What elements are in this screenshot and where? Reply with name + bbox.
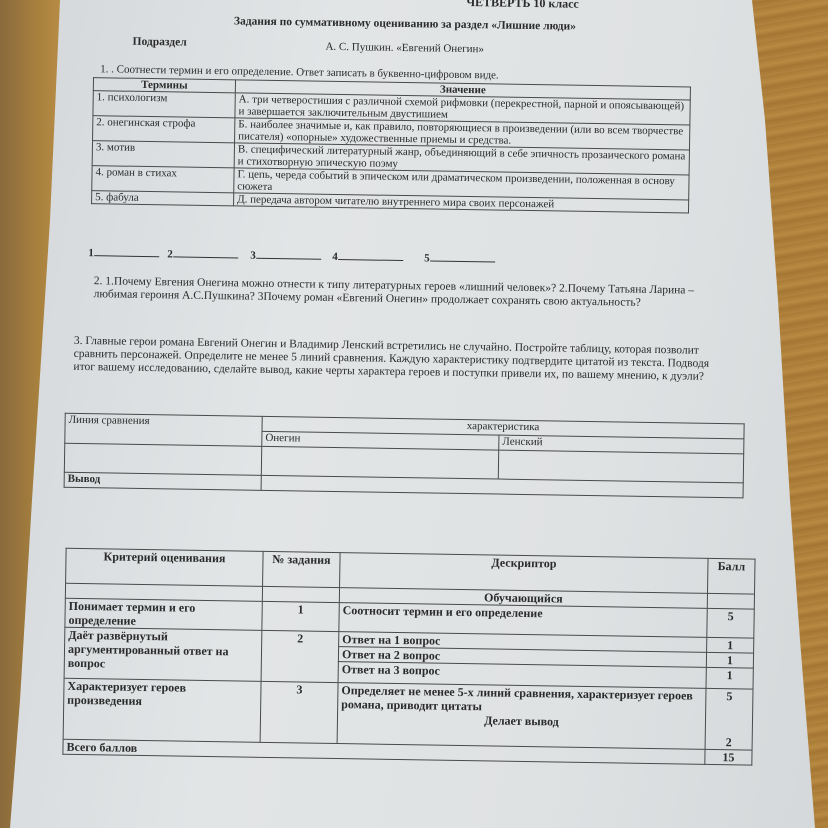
- descriptor-text: Определяет не менее 5-х линий сравнения,…: [341, 683, 702, 717]
- table-row: Характеризует героев произведения 3 Опре…: [63, 678, 753, 750]
- lensky-cell[interactable]: [498, 450, 743, 483]
- task-no-header: № задания: [263, 551, 341, 587]
- answer-slot-1[interactable]: 1: [88, 247, 159, 260]
- score-cell: 5 2: [705, 688, 753, 750]
- task-no-cell: 3: [260, 681, 338, 743]
- comparison-line-header: Линия сравнения: [65, 413, 262, 446]
- scoring-table: Критерий оценивания № задания Дескриптор…: [62, 548, 755, 766]
- score-cell: 1: [707, 637, 754, 653]
- document-title: Задания по суммативному оцениванию за ра…: [234, 15, 576, 32]
- task-no-cell: 1: [262, 601, 339, 631]
- descriptor-header: Дескриптор: [340, 553, 709, 594]
- answer-slot-5[interactable]: 5: [424, 252, 495, 265]
- score-header: Балл: [708, 558, 756, 594]
- answer-slot-2[interactable]: 2: [167, 248, 238, 261]
- term-cell: 3. мотив: [92, 141, 234, 168]
- answer-slot-3[interactable]: 3: [250, 250, 321, 263]
- term-cell: 4. роман в стихах: [92, 166, 234, 193]
- task2-questions: 2. 1.Почему Евгения Онегина можно отнест…: [94, 275, 724, 311]
- answer-slot-4[interactable]: 4: [332, 251, 403, 264]
- criterion-cell: Характеризует героев произведения: [63, 678, 261, 742]
- task3-instruction: 3. Главные герои романа Евгений Онегин и…: [73, 335, 724, 384]
- term-cell: 2. онегинская строфа: [93, 116, 235, 143]
- criterion-cell: Даёт развёрнутый аргументированный ответ…: [64, 627, 262, 681]
- score-value: 5: [709, 689, 749, 704]
- onegin-cell[interactable]: [261, 446, 498, 479]
- comparison-line-cell[interactable]: [64, 443, 261, 475]
- score-cell: 1: [706, 667, 753, 689]
- descriptor-cell: Определяет не менее 5-х линий сравнения,…: [337, 683, 706, 750]
- criterion-header: Критерий оценивания: [66, 548, 264, 586]
- terms-table: Термины Значение 1. психологизм А. три ч…: [91, 77, 691, 213]
- task-no-cell: 2: [261, 630, 339, 682]
- score-value: 2: [709, 735, 749, 750]
- comparison-table: Линия сравнения характеристика Онегин Ле…: [64, 413, 745, 499]
- term-cell: 5. фабула: [92, 191, 234, 206]
- criterion-cell: Понимает термин и его определение: [65, 598, 262, 630]
- document-content: ЧЕТВЕРТЬ 10 класс Задания по суммативном…: [0, 0, 828, 828]
- subsection-label: Подраздел: [132, 36, 186, 49]
- score-cell: 1: [706, 652, 753, 668]
- quarter-header-cut: ЧЕТВЕРТЬ 10 класс: [466, 0, 579, 12]
- term-cell: 1. психологизм: [93, 91, 235, 118]
- subsection-value: А. С. Пушкин. «Евгений Онегин»: [325, 41, 484, 55]
- total-value: 15: [705, 749, 752, 765]
- score-cell: 5: [707, 608, 754, 638]
- conclusion-label: Вывод: [64, 472, 261, 490]
